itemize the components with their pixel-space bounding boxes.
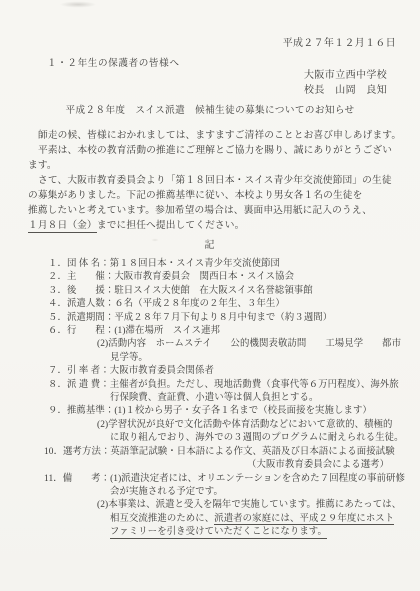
list-item-8-cost: ８．派 遣 費：主催者が負担。ただし、現地活動費（食事代等６万円程度）、海外旅 bbox=[48, 379, 420, 392]
intro-line: 平素は、本校の教育活動の推進にご理解とご協力を賜り、誠にありがとうござい bbox=[28, 143, 394, 158]
intro-paragraph: 師走の候、皆様におかれましては、ますますご清祥のこととお喜び申しあげます。 平素… bbox=[28, 128, 394, 233]
host-family-underlined-2: ファミリーを引き受けていただくことになります。 bbox=[110, 527, 327, 539]
letter-title: 平成２８年度 スイス派遣 候補生徒の募集についてのお知らせ bbox=[0, 102, 420, 116]
host-family-underlined: 派遣者の家庭には、平成２９年度にホスト bbox=[214, 514, 394, 526]
list-item-6-itinerary: ６．行 程：(1)滞在場所 スイス連邦 bbox=[48, 325, 420, 338]
list-item-11-remarks-cont: 会が実施される予定です。 bbox=[110, 486, 420, 499]
scan-artifact-smudge bbox=[52, 0, 104, 9]
list-item-7-chaperone: ７．引 率 者：大阪市教育委員会関係者 bbox=[48, 365, 420, 378]
intro-line-deadline: １月８日（金）までに担任へ提出してください。 bbox=[28, 218, 394, 233]
intro-line: ます。 bbox=[28, 158, 394, 173]
remarks-plain-text: 相互交流推進のために、 bbox=[110, 514, 214, 524]
list-item-11-remarks-2-cont2: ファミリーを引き受けていただくことになります。 bbox=[110, 526, 420, 539]
list-item-4-participants: ４．派遣人数：６名（平成２８年度の２年生、３年生） bbox=[48, 298, 420, 311]
letter-date: 平成２７年１２月１６日 bbox=[283, 34, 396, 49]
list-item-11-remarks-2: (2)本事業は、派遣と受入を隔年で実施しています。推薦にあたっては、 bbox=[97, 499, 420, 512]
intro-line: の募集がありました。下記の推薦基準に従い、本校より男女各１名の生徒を bbox=[28, 188, 394, 203]
list-item-11-remarks-2-cont: 相互交流推進のために、派遣者の家庭には、平成２９年度にホスト bbox=[110, 513, 420, 526]
list-item-2-organizer: ２．主 催：大阪市教育委員会 関西日本・スイス協会 bbox=[48, 271, 420, 284]
intro-line: 師走の候、皆様におかれましては、ますますご清祥のこととお喜び申しあげます。 bbox=[28, 128, 394, 143]
sender-principal: 校長 山岡 良知 bbox=[304, 83, 387, 98]
list-item-10-selection-note: （大阪市教育委員会による選考） bbox=[247, 459, 420, 472]
scanned-letter-page: 平成２７年１２月１６日 １・２年生の保護者の皆様へ 大阪市立西中学校 校長 山岡… bbox=[0, 0, 420, 591]
list-item-9-criteria: ９．推薦基準：(1)１校から男子・女子各１名まで（校長面接を実施します） bbox=[48, 405, 420, 418]
sender-school: 大阪市立西中学校 bbox=[304, 68, 387, 83]
list-item-10-selection: 10．選考方法：英語筆記試験・日本語による作文、英語及び日本語による面接試験 bbox=[44, 446, 420, 459]
letter-addressee: １・２年生の保護者の皆様へ bbox=[47, 55, 180, 69]
deadline-rest: までに担任へ提出してください。 bbox=[97, 220, 245, 231]
list-item-5-period: ５．派遣期間：平成２８年７月下旬より８月中旬まで（約３週間） bbox=[48, 312, 420, 325]
list-item-6-activities: (2)活動内容 ホームステイ 公的機関表敬訪問 工場見学 都市 bbox=[97, 338, 420, 351]
list-item-1-group-name: １．団 体 名：第１８回日本・スイス青少年交流使節団 bbox=[48, 258, 420, 271]
list-item-3-support: ３．後 援：駐日スイス大使館 在大阪スイス名誉総領事館 bbox=[48, 285, 420, 298]
list-item-11-remarks: 11．備 考：(1)派遣決定者には、オリエンテーションを含めた７回程度の事前研修 bbox=[44, 473, 420, 486]
notice-list: １．団 体 名：第１８回日本・スイス青少年交流使節団 ２．主 催：大阪市教育委員… bbox=[0, 258, 420, 540]
list-item-9-criteria-2: (2)学習状況が良好で文化活動や体育活動などにおいて意欲的、積極的 bbox=[97, 419, 420, 432]
letter-sender: 大阪市立西中学校 校長 山岡 良知 bbox=[304, 68, 387, 98]
list-item-8-cost-cont: 行保険費、査証費、小遣い等は個人負担とする。 bbox=[110, 392, 420, 405]
record-marker: 記 bbox=[0, 236, 420, 251]
list-item-6-activities-cont: 見学等。 bbox=[110, 352, 420, 365]
intro-line: 推薦したいと考えています。参加希望の場合は、裏面申込用紙に記入のうえ、 bbox=[28, 203, 394, 218]
list-item-9-criteria-2-cont: に取り組んでおり、海外での３週間のプログラムに耐えられる生徒。 bbox=[110, 432, 420, 445]
deadline-underlined: １月８日（金） bbox=[28, 220, 97, 233]
intro-line: さて、大阪市教育委員会より「第１８回日本・スイス青少年交流使節団」の生徒 bbox=[28, 173, 394, 188]
